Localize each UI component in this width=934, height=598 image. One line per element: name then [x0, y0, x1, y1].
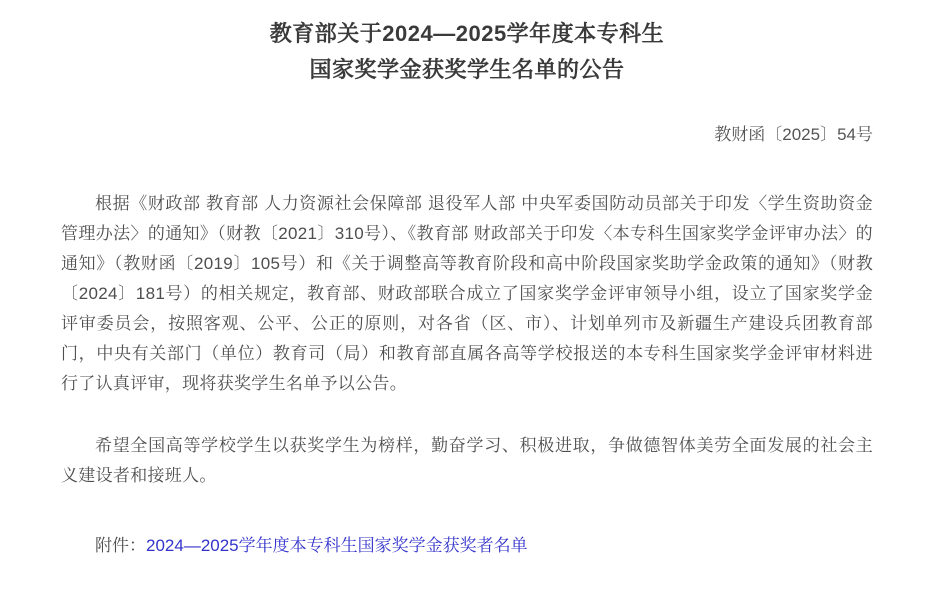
page-title-line-1: 教育部关于2024—2025学年度本专科生 — [61, 16, 873, 52]
attachment-row: 附件：2024—2025学年度本专科生国家奖学金获奖者名单 — [61, 531, 873, 561]
document-number: 教财函〔2025〕54号 — [61, 120, 873, 145]
body-paragraph-1: 根据《财政部 教育部 人力资源社会保障部 退役军人部 中央军委国防动员部关于印发… — [61, 189, 873, 399]
page-title-line-2: 国家奖学金获奖学生名单的公告 — [61, 52, 873, 88]
document-body: 根据《财政部 教育部 人力资源社会保障部 退役军人部 中央军委国防动员部关于印发… — [61, 189, 873, 491]
attachment-label: 附件： — [95, 536, 146, 555]
announcement-document: 教育部关于2024—2025学年度本专科生 国家奖学金获奖学生名单的公告 教财函… — [61, 0, 873, 561]
page-title: 教育部关于2024—2025学年度本专科生 国家奖学金获奖学生名单的公告 — [61, 16, 873, 88]
body-paragraph-2: 希望全国高等学校学生以获奖学生为榜样，勤奋学习、积极进取，争做德智体美劳全面发展… — [61, 431, 873, 491]
attachment-link[interactable]: 2024—2025学年度本专科生国家奖学金获奖者名单 — [146, 536, 528, 555]
